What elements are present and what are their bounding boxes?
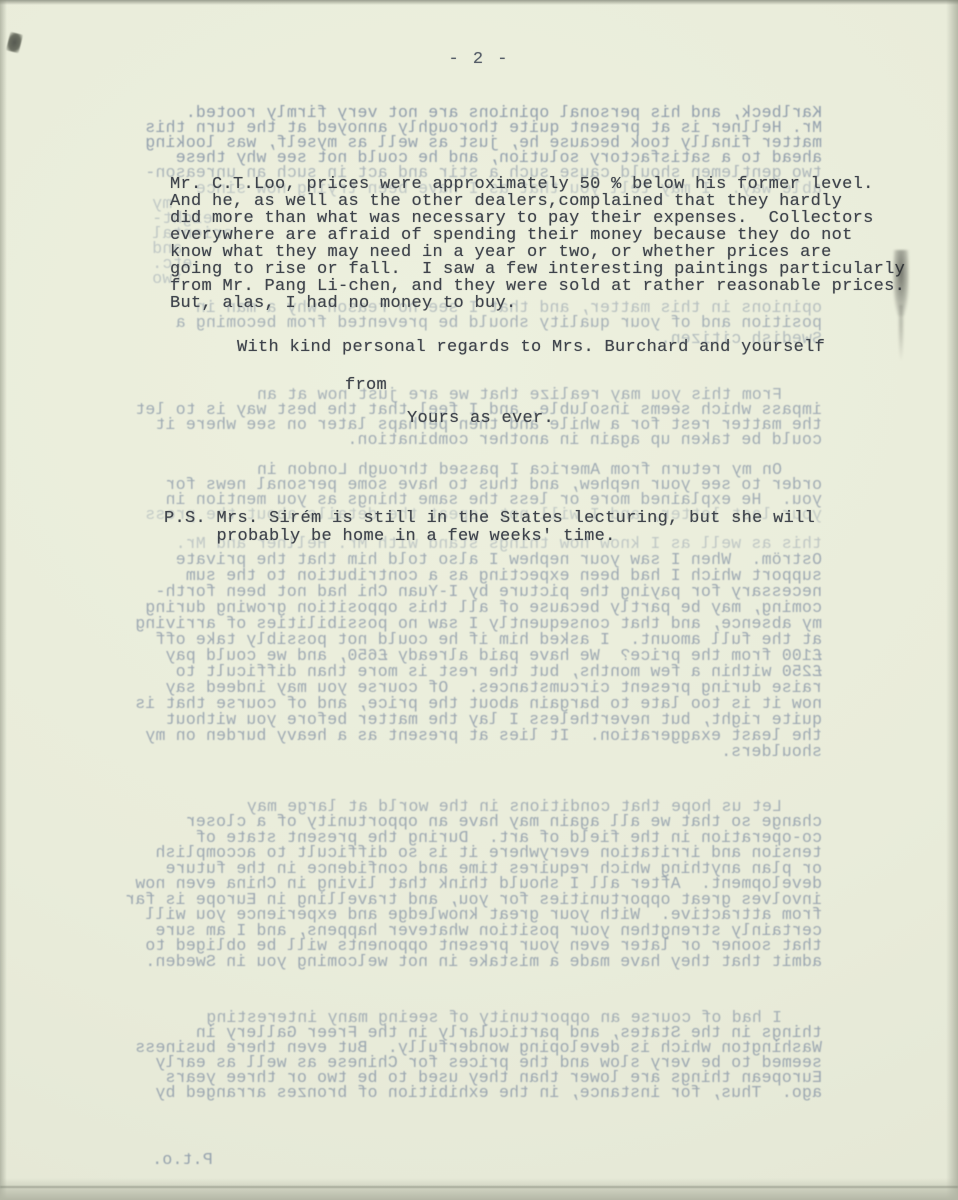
scan-edge-left [0, 0, 7, 1200]
letter-line: But, alas, I had no money to buy. [170, 295, 905, 312]
page-number: - 2 - [0, 50, 958, 69]
scan-edge-top [0, 0, 958, 5]
letter-line: And he, as well as the other dealers,com… [170, 193, 905, 210]
from-label: from [345, 376, 387, 395]
letter-line: from Mr. Pang Li-chen, and they were sol… [170, 278, 905, 295]
front-text-layer: - 2 - Mr. C.T.Loo, prices were approxima… [0, 0, 958, 1200]
regards-line: With kind personal regards to Mrs. Burch… [237, 338, 825, 357]
letter-line: going to rise or fall. I saw a few inter… [170, 261, 905, 278]
postscript-line: probably be home in a few weeks' time. [164, 528, 815, 546]
letter-line: Mr. C.T.Loo, prices were approximately 5… [170, 176, 905, 193]
scan-edge-bottom-line [0, 1186, 958, 1188]
letter-body-paragraph: Mr. C.T.Loo, prices were approximately 5… [170, 176, 905, 312]
letter-line: did more than what was necessary to pay … [170, 210, 905, 227]
scan-edge-right [946, 0, 958, 1200]
postscript-line: P.S. Mrs. Sirém is still in the States l… [164, 510, 815, 528]
ink-smudge-tail [898, 305, 904, 360]
letter-line: everywhere are afraid of spending their … [170, 227, 905, 244]
scanned-letter-page: Karlbeck, and his personal opinions are … [0, 0, 958, 1200]
signature-line: Yours as ever. [407, 409, 554, 428]
scan-edge-bottom [0, 1178, 958, 1200]
postscript: P.S. Mrs. Sirém is still in the States l… [164, 510, 815, 545]
letter-line: know what they may need in a year or two… [170, 244, 905, 261]
